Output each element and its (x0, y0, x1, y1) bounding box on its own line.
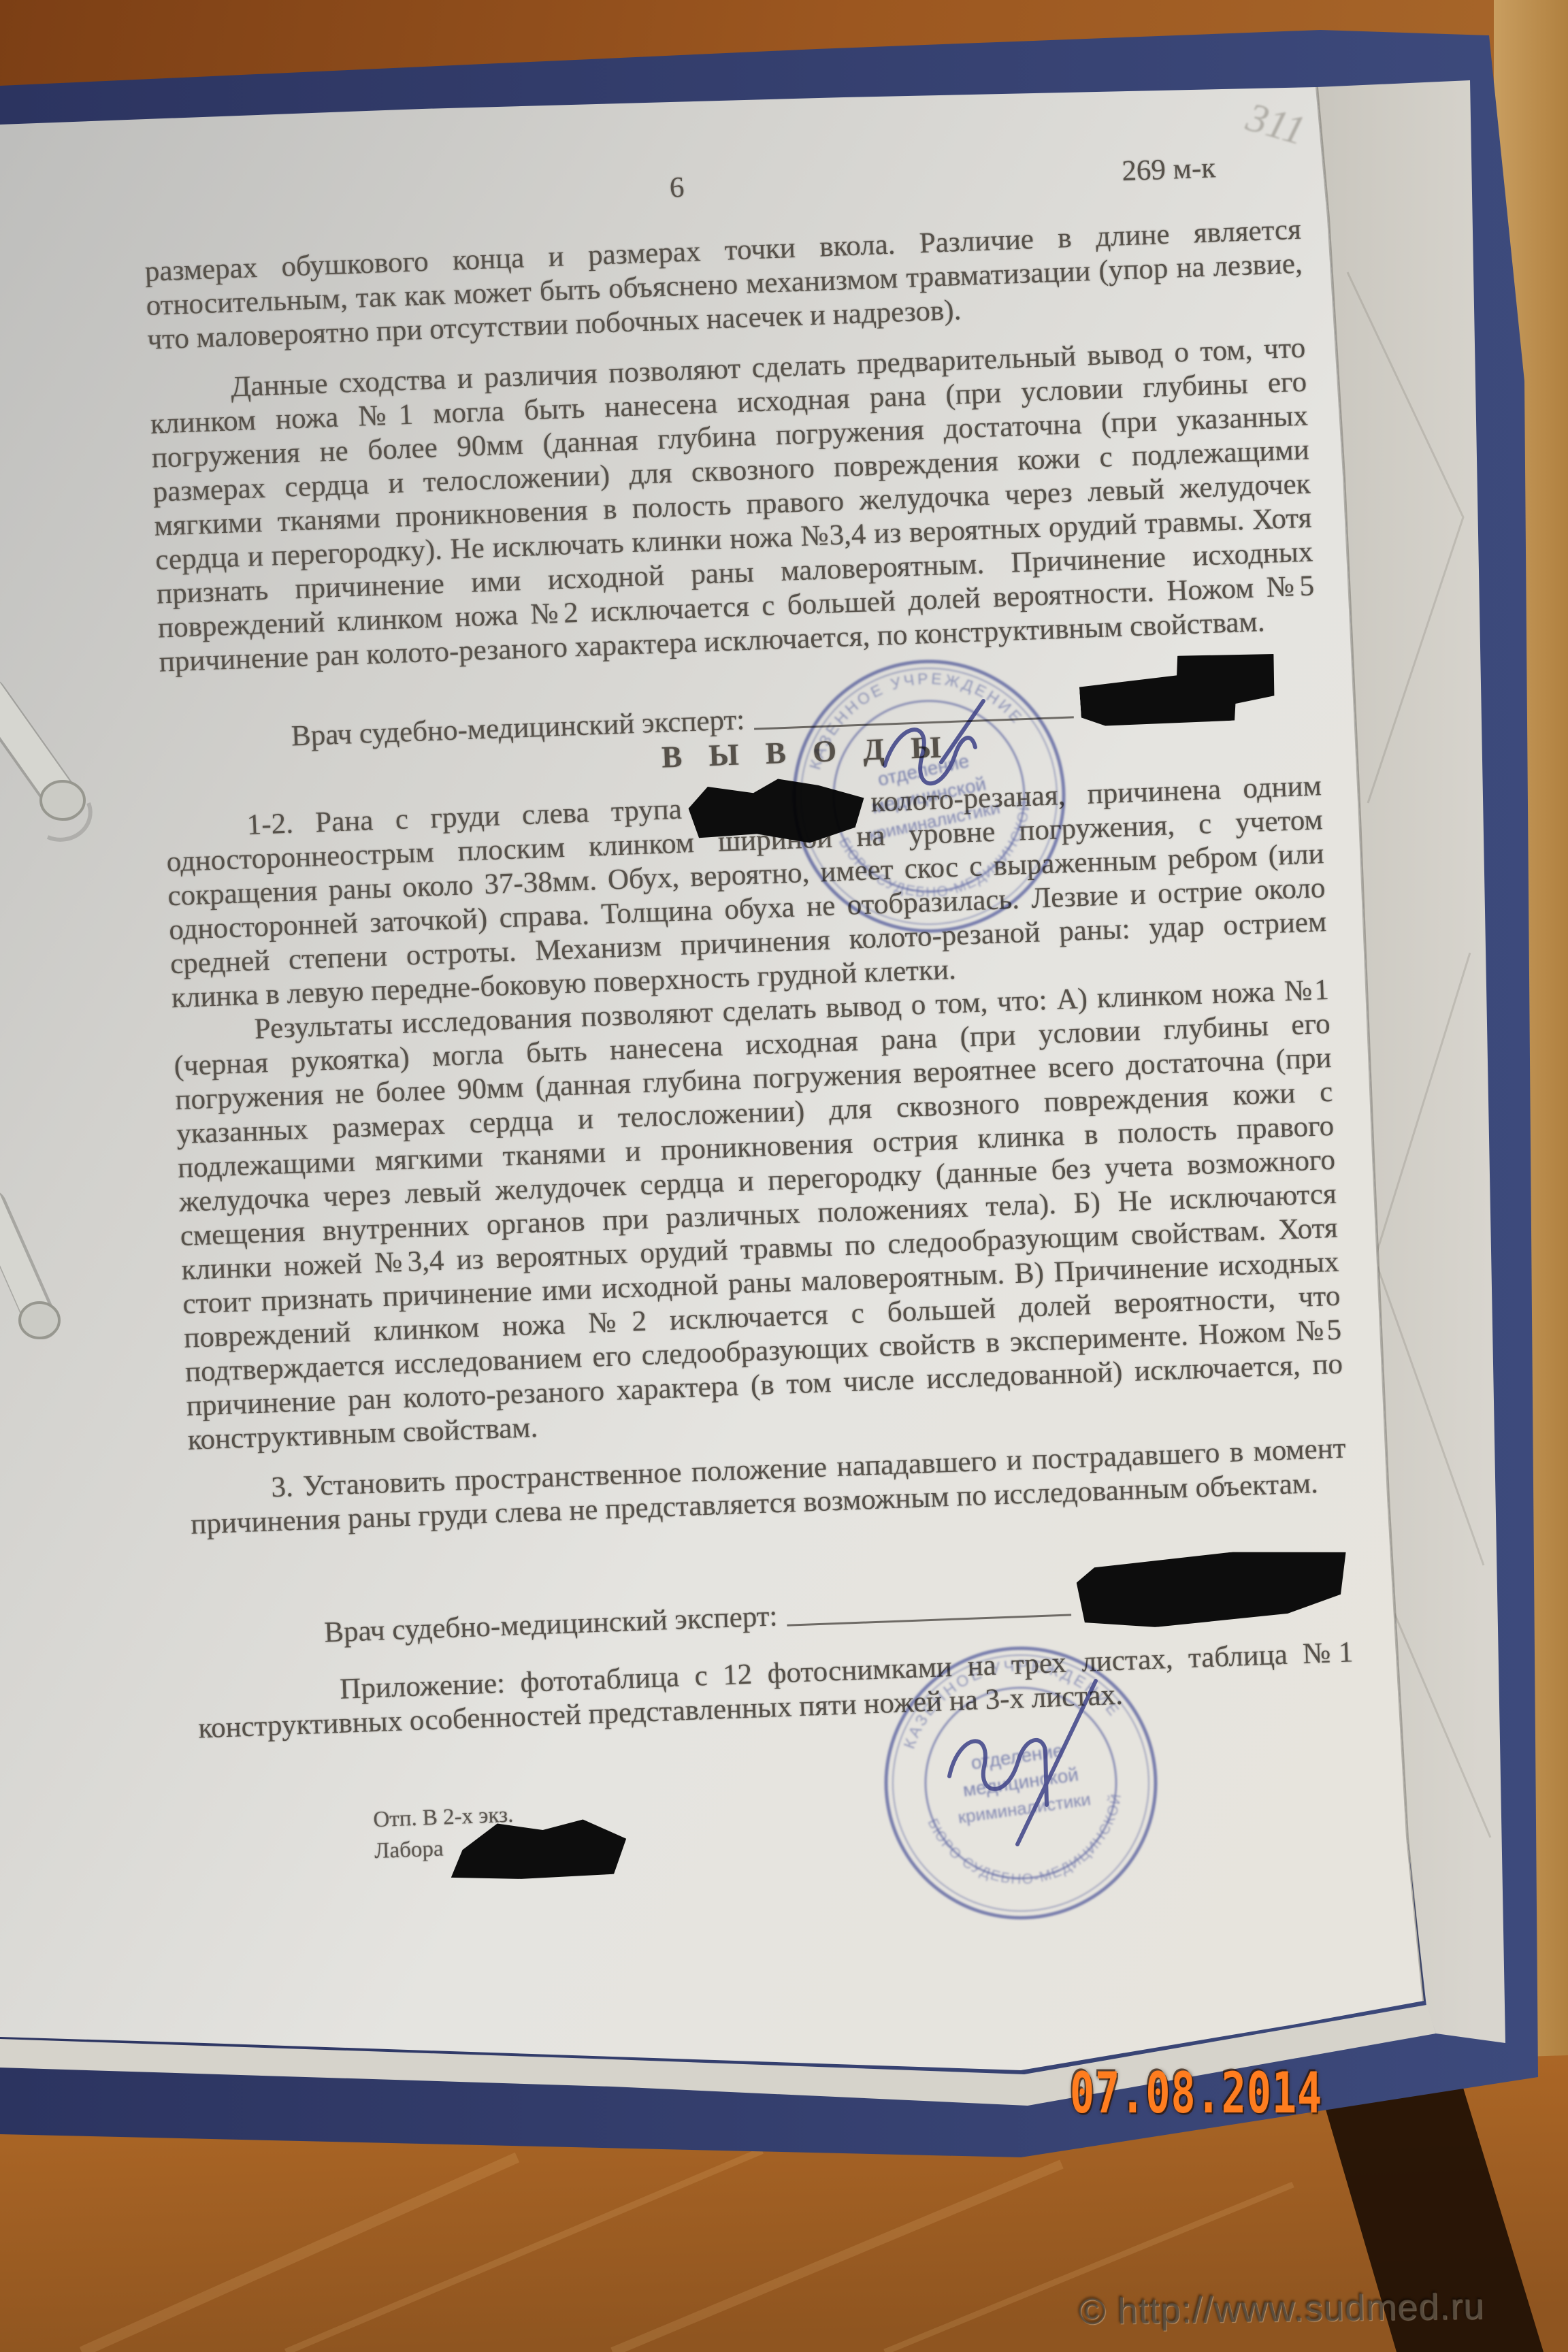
paragraph-preliminary-conclusion: Данные сходства и различия позволяют сде… (148, 331, 1316, 680)
round-seal-bottom: КАЗЕННОЕ УЧРЕЖДЕНИЕ БЮРО СУДЕБНО-МЕДИЦИН… (871, 1633, 1171, 1933)
camera-date-stamp: 07.08.2014 (1070, 2061, 1322, 2127)
seal-ring-text-top: КАЗЕННОЕ УЧРЕЖДЕНИЕ (791, 649, 1030, 774)
case-number: 269 м-к (1122, 151, 1216, 189)
site-watermark: © http://www.sudmed.ru (1079, 2285, 1485, 2333)
page-number: 6 (669, 171, 685, 206)
redacted-expert-name (1075, 1544, 1350, 1633)
photo-of-forensic-report: 6 269 м-к размерах обушкового конца и ра… (0, 0, 1568, 2352)
round-seal-top: КАЗЕННОЕ УЧРЕЖДЕНИЕ БЮРО СУДЕБНО-МЕДИЦИН… (779, 647, 1079, 946)
signature-label: Врач судебно-медицинский эксперт: (323, 1599, 778, 1650)
attachment-note: Приложение: фототаблица с 12 фотоснимкам… (197, 1635, 1356, 1746)
signature-line (786, 1585, 1071, 1626)
report-page: 6 269 м-к размерах обушкового конца и ра… (144, 213, 1360, 1874)
signature-row-2: Врач судебно-медицинский эксперт: (193, 1548, 1352, 1654)
redacted-expert-name (1077, 649, 1277, 730)
conclusion-results: Результаты исследования позволяют сделат… (172, 973, 1345, 1458)
conclusion-1-2: 1-2. Рана с груди слева трупаколото-реза… (165, 769, 1328, 1015)
